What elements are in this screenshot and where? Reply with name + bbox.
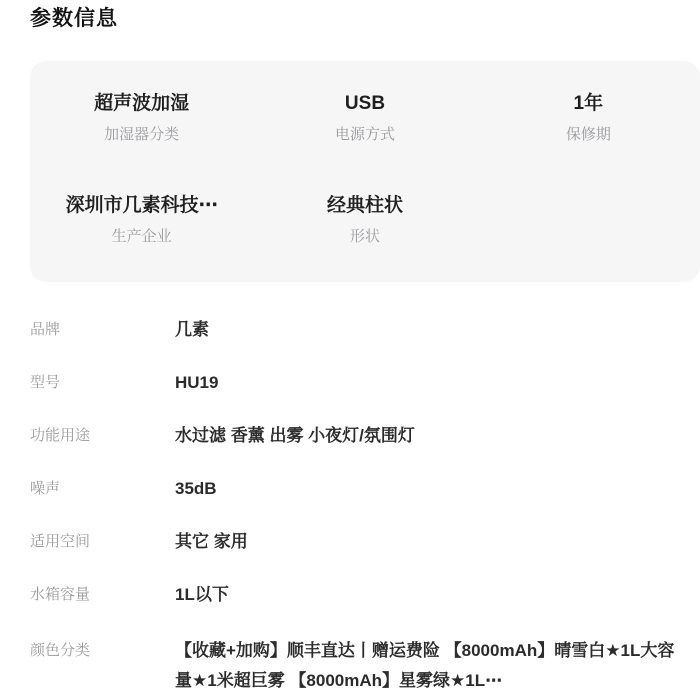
spec-label: 功能用途 [30,424,175,448]
highlight-item-warranty: 1年 保修期 [477,91,700,145]
spec-value: 几素 [175,318,678,342]
table-row-brand: 品牌 几素 [30,318,678,342]
spec-value: 水过滤 香薰 出雾 小夜灯/氛围灯 [175,424,678,448]
highlights-card: 超声波加湿 加湿器分类 USB 电源方式 1年 保修期 深圳市几素科技⋯ 生产企… [30,61,700,282]
highlight-item-power-method: USB 电源方式 [253,91,476,145]
spec-value: HU19 [175,371,678,395]
spec-value: 1L以下 [175,583,678,607]
spec-table: 品牌 几素 型号 HU19 功能用途 水过滤 香薰 出雾 小夜灯/氛围灯 噪声 … [0,318,700,696]
spec-value: 35dB [175,477,678,501]
table-row-model: 型号 HU19 [30,371,678,395]
highlight-label: 电源方式 [253,125,476,145]
highlight-value: USB [253,91,476,117]
highlight-item-manufacturer: 深圳市几素科技⋯ 生产企业 [30,193,253,247]
highlight-label: 生产企业 [30,227,253,247]
highlight-value: 经典柱状 [253,193,476,219]
highlight-value: 1年 [477,91,700,117]
page-title: 参数信息 [0,0,700,31]
table-row-tank-capacity: 水箱容量 1L以下 [30,583,678,607]
spec-label: 颜色分类 [30,636,175,666]
table-row-noise: 噪声 35dB [30,477,678,501]
highlight-value: 超声波加湿 [30,91,253,117]
table-row-function: 功能用途 水过滤 香薰 出雾 小夜灯/氛围灯 [30,424,678,448]
spec-label: 型号 [30,371,175,395]
table-row-applicable-space: 适用空间 其它 家用 [30,530,678,554]
table-row-color-variant: 颜色分类 【收藏+加购】顺丰直达丨赠运费险 【8000mAh】晴雪白★1L大容量… [30,636,678,696]
highlight-label: 加湿器分类 [30,125,253,145]
spec-label: 适用空间 [30,530,175,554]
spec-label: 水箱容量 [30,583,175,607]
spec-label: 噪声 [30,477,175,501]
spec-label: 品牌 [30,318,175,342]
highlight-label: 形状 [253,227,476,247]
highlight-label: 保修期 [477,125,700,145]
spec-value: 其它 家用 [175,530,678,554]
highlight-item-humidifier-category: 超声波加湿 加湿器分类 [30,91,253,145]
highlight-item-shape: 经典柱状 形状 [253,193,476,247]
highlight-value: 深圳市几素科技⋯ [30,193,253,219]
product-parameters-page: 参数信息 超声波加湿 加湿器分类 USB 电源方式 1年 保修期 深圳市几素科技… [0,0,700,696]
spec-value: 【收藏+加购】顺丰直达丨赠运费险 【8000mAh】晴雪白★1L大容量★1米超巨… [175,636,678,696]
